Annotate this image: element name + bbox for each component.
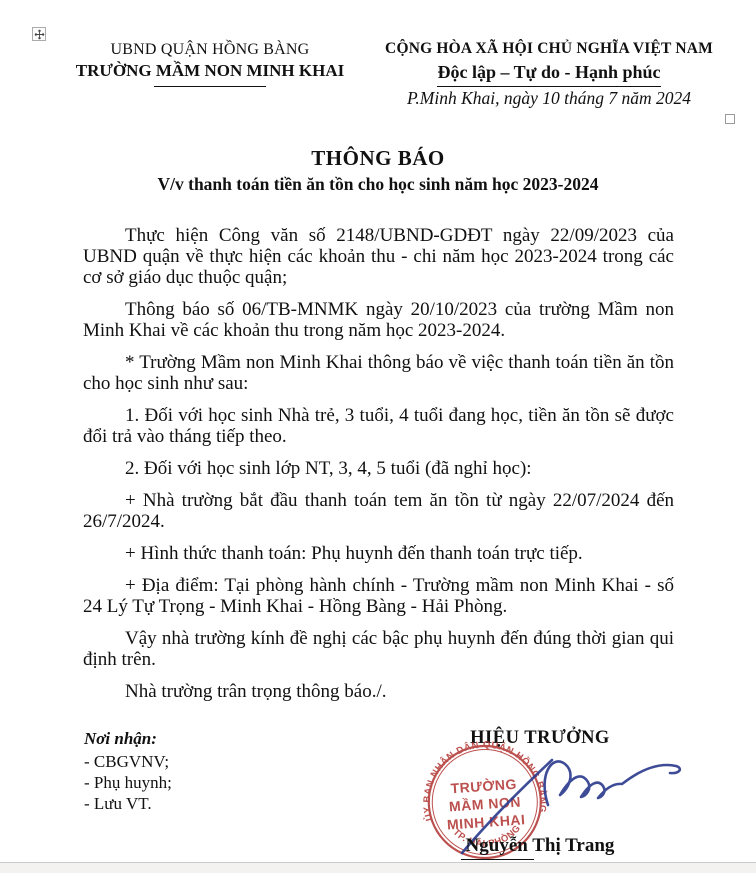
paragraph: Thực hiện Công văn số 2148/UBND-GDĐT ngà… [83,225,674,288]
paragraph: * Trường Mầm non Minh Khai thông báo về … [83,352,674,394]
paragraph: 2. Đối với học sinh lớp NT, 3, 4, 5 tuổi… [83,458,674,479]
paragraph: 1. Đối với học sinh Nhà trẻ, 3 tuổi, 4 t… [83,405,674,447]
recipient-item: - CBGVNV; [84,751,304,772]
header-underline-rule [154,86,266,87]
signer-name-underline [461,859,534,860]
document-subtitle: V/v thanh toán tiền ăn tồn cho học sinh … [0,174,756,195]
paragraph: + Địa điểm: Tại phòng hành chính - Trườn… [83,575,674,617]
recipient-item: - Phụ huynh; [84,772,304,793]
signature-stroke-scrawl [545,761,680,805]
signer-name: Nguyễn Thị Trang [430,835,650,857]
school-name: TRƯỜNG MẦM NON MINH KHAI [66,61,354,81]
paragraph: Vậy nhà trường kính đề nghị các bậc phụ … [83,628,674,670]
table-move-handle-icon[interactable] [32,27,46,41]
national-header-block: CỘNG HÒA XÃ HỘI CHỦ NGHĨA VIỆT NAM Độc l… [368,40,730,87]
document-body: Thực hiện Công văn số 2148/UBND-GDĐT ngà… [83,225,674,713]
place-date-line: P.Minh Khai, ngày 10 tháng 7 năm 2024 [368,88,730,109]
paragraph: Nhà trường trân trọng thông báo./. [83,681,674,702]
paragraph: Thông báo số 06/TB-MNMK ngày 20/10/2023 … [83,299,674,341]
page-bottom-canvas [0,862,756,873]
paragraph: + Hình thức thanh toán: Phụ huynh đến th… [83,543,674,564]
recipients-heading: Nơi nhận: [84,728,304,749]
table-resize-handle-icon[interactable] [725,114,735,124]
recipient-item: - Lưu VT. [84,793,304,814]
document-page: UBND QUẬN HỒNG BÀNG TRƯỜNG MẦM NON MINH … [0,0,756,873]
document-title: THÔNG BÁO [0,146,756,171]
paragraph: + Nhà trường bắt đầu thanh toán tem ăn t… [83,490,674,532]
move-arrows-icon [34,29,45,40]
recipients-block: Nơi nhận: - CBGVNV; - Phụ huynh; - Lưu V… [84,728,304,814]
org-parent-name: UBND QUẬN HỒNG BÀNG [66,40,354,59]
issuing-org-block: UBND QUẬN HỒNG BÀNG TRƯỜNG MẦM NON MINH … [66,40,354,87]
national-motto: Độc lập – Tự do - Hạnh phúc [437,62,660,88]
national-title: CỘNG HÒA XÃ HỘI CHỦ NGHĨA VIỆT NAM [368,40,730,59]
